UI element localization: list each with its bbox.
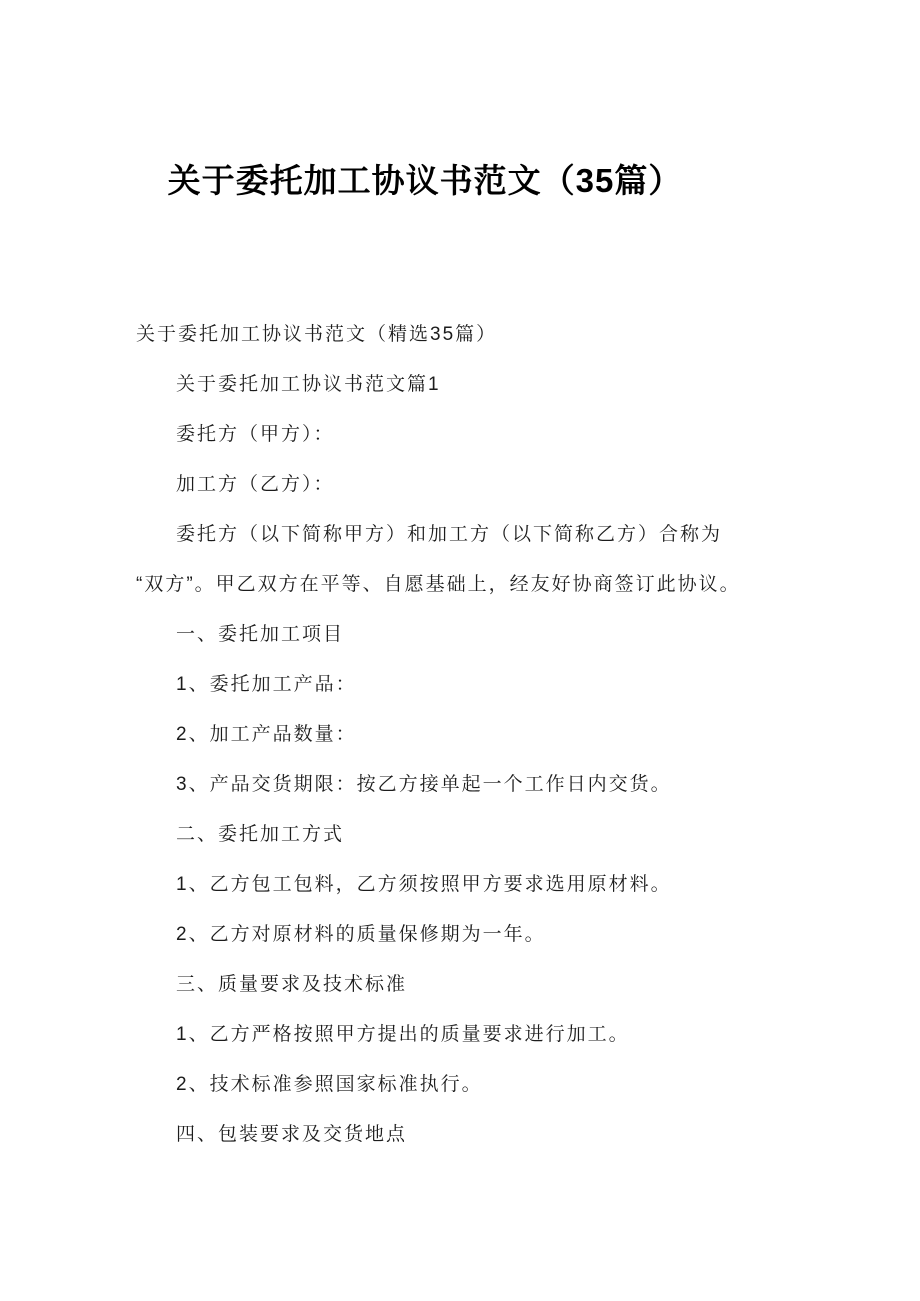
document-page: 关于委托加工协议书范文（35篇） 关于委托加工协议书范文（精选35篇）关于委托加… [0, 0, 920, 1301]
paragraph-line: 四、包装要求及交货地点 [136, 1110, 920, 1160]
paragraph-line: 关于委托加工协议书范文（精选35篇） [136, 310, 920, 360]
paragraph-line: 三、质量要求及技术标准 [136, 960, 920, 1010]
paragraph-line: 关于委托加工协议书范文篇1 [136, 360, 920, 410]
paragraph-line: 2、加工产品数量： [136, 710, 920, 760]
paragraph-line: 2、乙方对原材料的质量保修期为一年。 [136, 910, 920, 960]
paragraph-line: 加工方（乙方）： [136, 460, 920, 510]
paragraph-line: 2、技术标准参照国家标准执行。 [136, 1060, 920, 1110]
paragraph-line: 委托方（以下简称甲方）和加工方（以下简称乙方）合称为 [136, 510, 920, 560]
paragraph-line: 一、委托加工项目 [136, 610, 920, 660]
paragraph-line: “双方”。甲乙双方在平等、自愿基础上，经友好协商签订此协议。 [136, 560, 920, 610]
paragraph-line: 二、委托加工方式 [136, 810, 920, 860]
document-title: 关于委托加工协议书范文（35篇） [0, 0, 920, 204]
paragraph-line: 1、委托加工产品： [136, 660, 920, 710]
paragraph-line: 委托方（甲方）： [136, 410, 920, 460]
paragraph-line: 1、乙方包工包料，乙方须按照甲方要求选用原材料。 [136, 860, 920, 910]
document-body: 关于委托加工协议书范文（精选35篇）关于委托加工协议书范文篇1委托方（甲方）：加… [0, 310, 920, 1160]
paragraph-line: 1、乙方严格按照甲方提出的质量要求进行加工。 [136, 1010, 920, 1060]
paragraph-line: 3、产品交货期限：按乙方接单起一个工作日内交货。 [136, 760, 920, 810]
